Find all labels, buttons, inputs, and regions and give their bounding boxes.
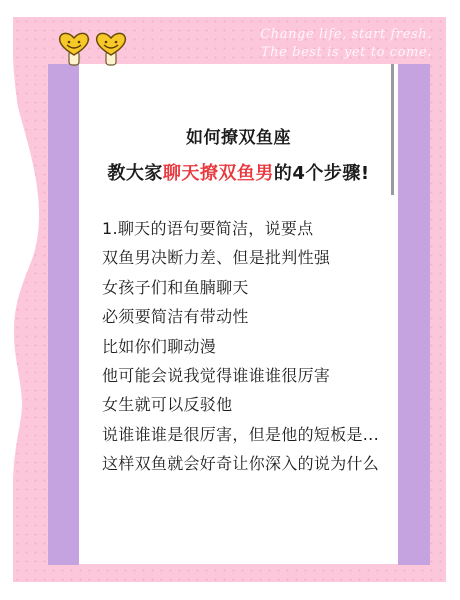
right-purple-bar: [398, 64, 430, 565]
page-title: 如何撩双鱼座: [79, 123, 398, 148]
left-purple-bar: [48, 64, 79, 565]
article-body: 1.聊天的语句要简洁，说要点 双鱼男决断力差、但是批判性强 女孩子们和鱼腩聊天 …: [102, 214, 392, 479]
tagline-line-1: Change life, start fresh.: [232, 26, 432, 44]
tagline-line-2: The best is yet to come.: [232, 44, 432, 62]
body-line: 比如你们聊动漫: [102, 332, 392, 361]
body-line: 这样双鱼就会好奇让你深入的说为什么: [102, 449, 392, 478]
body-line: 1.聊天的语句要简洁，说要点: [102, 214, 392, 243]
subtitle-highlight: 聊天撩双鱼男: [163, 163, 274, 184]
body-line: 必须要简洁有带动性: [102, 302, 392, 331]
body-line: 女生就可以反驳他: [102, 390, 392, 419]
page-subtitle: 教大家聊天撩双鱼男的4个步骤!: [79, 159, 398, 185]
subtitle-suffix: 的4个步骤!: [274, 163, 370, 184]
tagline-script: Change life, start fresh. The best is ye…: [232, 26, 432, 62]
smiling-heart-icon: [56, 31, 92, 67]
subtitle-prefix: 教大家: [107, 163, 163, 184]
body-line: 女孩子们和鱼腩聊天: [102, 273, 392, 302]
body-line: 说谁谁谁是很厉害，但是他的短板是...: [102, 420, 392, 449]
smiling-heart-icon: [93, 31, 129, 67]
body-line: 双鱼男决断力差、但是批判性强: [102, 243, 392, 272]
body-line: 他可能会说我觉得谁谁谁很厉害: [102, 361, 392, 390]
